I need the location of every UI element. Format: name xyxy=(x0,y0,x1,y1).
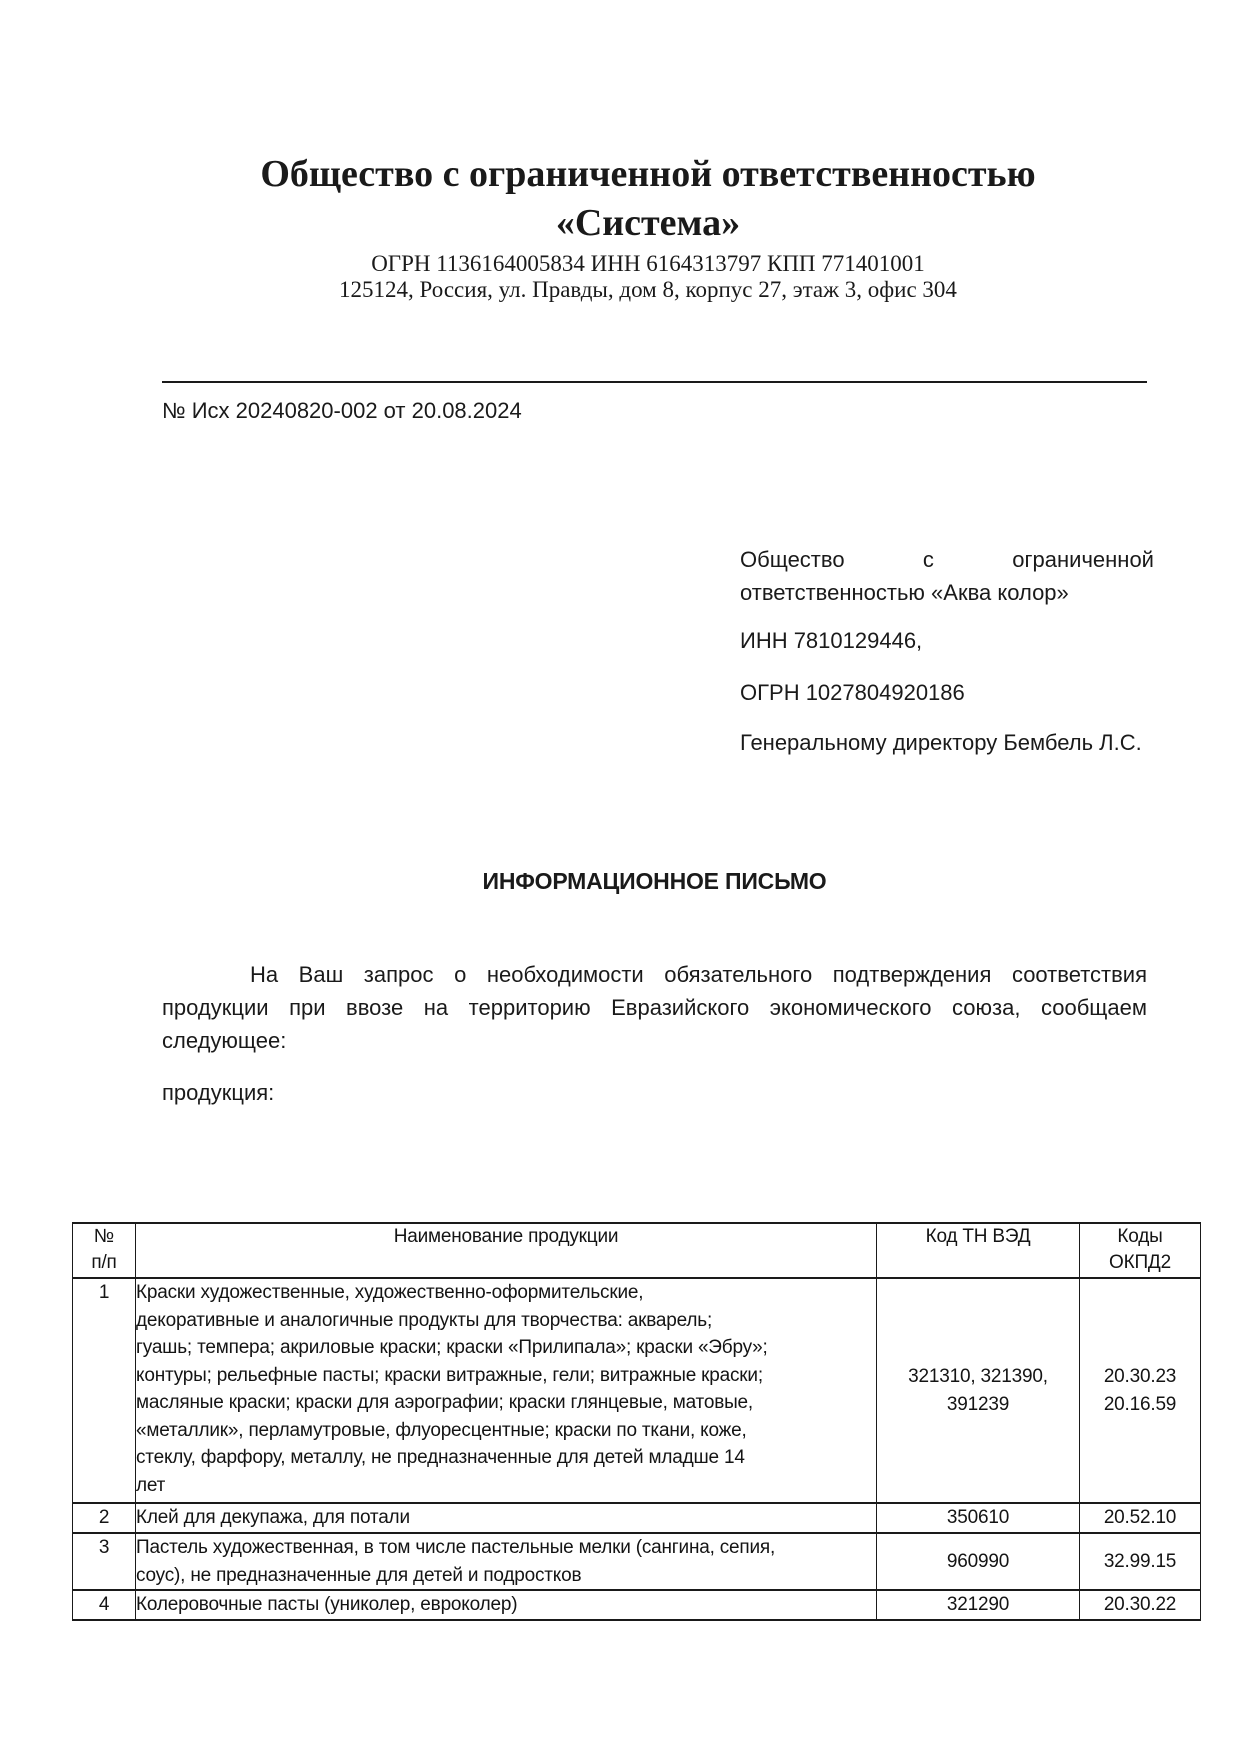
row-tnved: 321290 xyxy=(877,1590,1080,1620)
org-address-line: 125124, Россия, ул. Правды, дом 8, корпу… xyxy=(128,277,1168,303)
table-row: 3 Пастель художественная, в том числе па… xyxy=(73,1533,1201,1590)
org-name-line1: Общество с ограниченной ответственностью xyxy=(128,150,1168,199)
row-okpd2: 20.52.10 xyxy=(1080,1503,1201,1533)
row-okpd2: 32.99.15 xyxy=(1080,1533,1201,1590)
row-tnved: 960990 xyxy=(877,1533,1080,1590)
table-row: 2 Клей для декупажа, для потали 350610 2… xyxy=(73,1503,1201,1533)
header-num: № п/п xyxy=(73,1223,136,1278)
row-tnved: 321310, 321390, 391239 xyxy=(877,1278,1080,1503)
recipient-word-1: Общество xyxy=(740,547,845,573)
row-num: 4 xyxy=(73,1590,136,1620)
horizontal-rule xyxy=(162,381,1147,383)
recipient-org-line2: ответственностью «Аква колор» xyxy=(740,580,1154,606)
row-num: 1 xyxy=(73,1278,136,1503)
row-name: Пастель художественная, в том числе паст… xyxy=(136,1533,877,1590)
row-okpd2: 20.30.23 20.16.59 xyxy=(1080,1278,1201,1503)
paragraph-line2: продукции при ввозе на территорию Еврази… xyxy=(162,994,1147,1022)
table-header-row: № п/п Наименование продукции Код ТН ВЭД … xyxy=(73,1223,1201,1278)
org-name-line2: «Система» xyxy=(128,199,1168,248)
letterhead: Общество с ограниченной ответственностью… xyxy=(128,150,1168,248)
row-okpd2: 20.30.22 xyxy=(1080,1590,1201,1620)
outgoing-number: № Исх 20240820-002 от 20.08.2024 xyxy=(162,398,522,424)
document-page: Общество с ограниченной ответственностью… xyxy=(0,0,1241,1755)
paragraph-line3: следующее: xyxy=(162,1027,1147,1055)
recipient-word-3: ограниченной xyxy=(1012,547,1154,573)
header-tnved: Код ТН ВЭД xyxy=(877,1223,1080,1278)
recipient-inn: ИНН 7810129446, xyxy=(740,628,1154,654)
org-registration-line: ОГРН 1136164005834 ИНН 6164313797 КПП 77… xyxy=(128,251,1168,277)
table-row: 1 Краски художественные, художественно-о… xyxy=(73,1278,1201,1503)
header-okpd2: Коды ОКПД2 xyxy=(1080,1223,1201,1278)
products-label: продукция: xyxy=(162,1080,274,1106)
row-name: Колеровочные пасты (униколер, евроколер) xyxy=(136,1590,877,1620)
recipient-ogrn: ОГРН 1027804920186 xyxy=(740,680,1154,706)
row-tnved: 350610 xyxy=(877,1503,1080,1533)
paragraph-line1: На Ваш запрос о необходимости обязательн… xyxy=(162,961,1147,989)
products-table: № п/п Наименование продукции Код ТН ВЭД … xyxy=(72,1222,1201,1621)
row-num: 2 xyxy=(73,1503,136,1533)
row-name: Клей для декупажа, для потали xyxy=(136,1503,877,1533)
row-name: Краски художественные, художественно-офо… xyxy=(136,1278,877,1503)
letter-title: ИНФОРМАЦИОННОЕ ПИСЬМО xyxy=(162,867,1147,895)
recipient-director: Генеральному директору Бембель Л.С. xyxy=(740,730,1154,756)
recipient-word-2: с xyxy=(923,547,934,573)
header-name: Наименование продукции xyxy=(136,1223,877,1278)
row-num: 3 xyxy=(73,1533,136,1590)
table-row: 4 Колеровочные пасты (униколер, евроколе… xyxy=(73,1590,1201,1620)
recipient-org-line1: Общество с ограниченной xyxy=(740,547,1154,573)
